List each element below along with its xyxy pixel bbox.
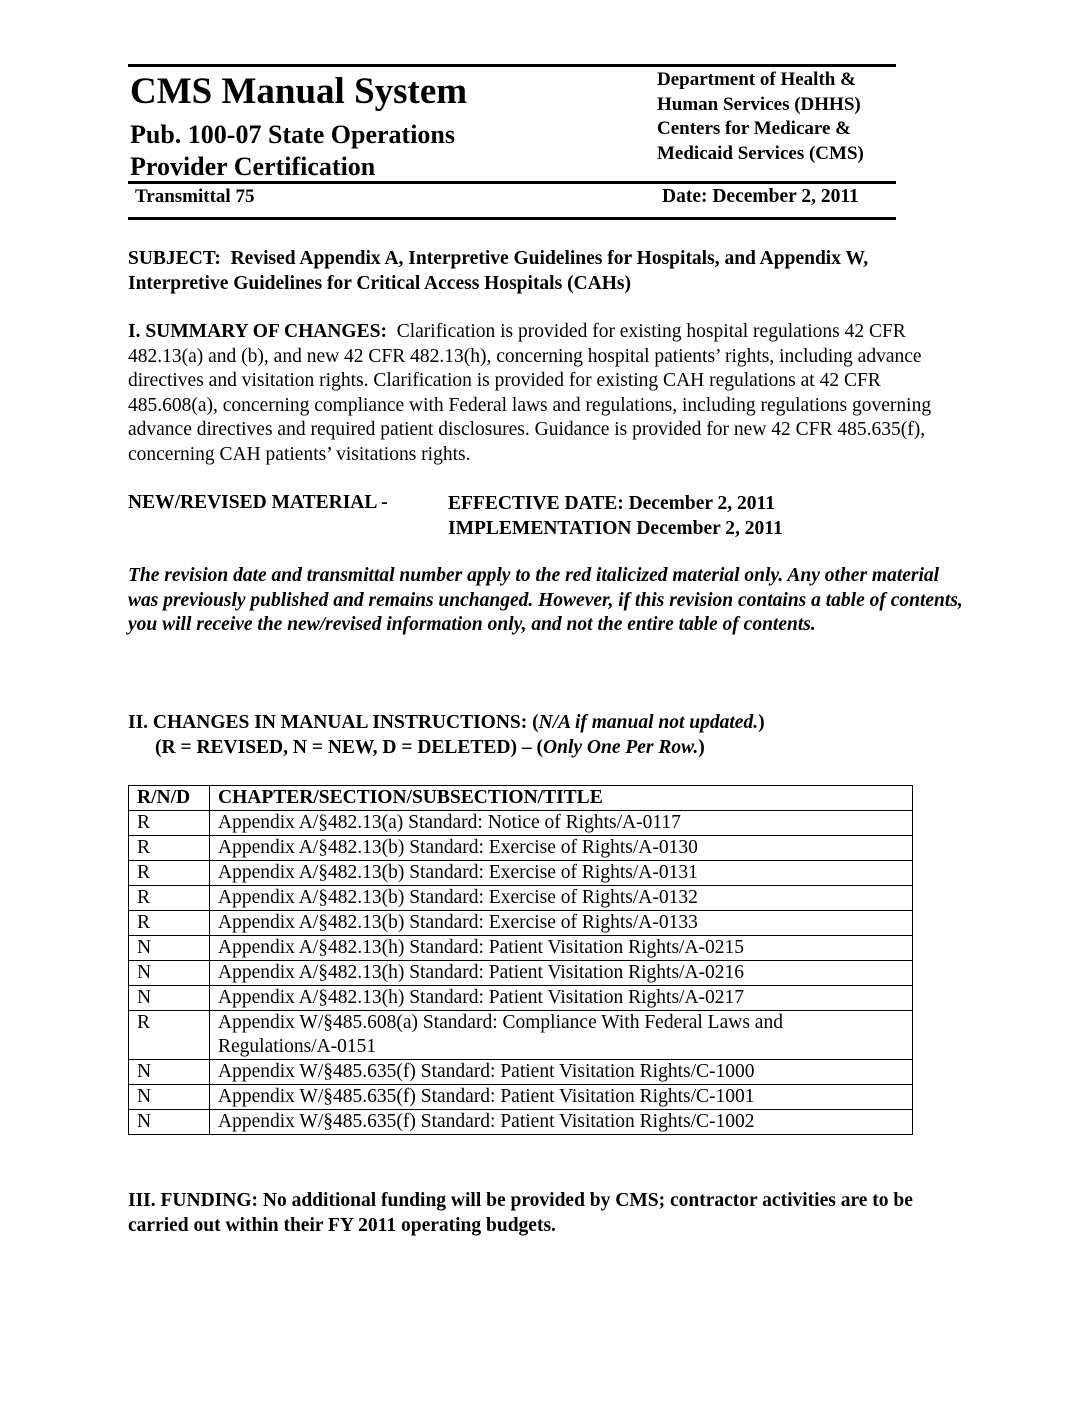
table-row: NAppendix A/§482.13(h) Standard: Patient… — [129, 986, 913, 1011]
section-title-cell: Appendix A/§482.13(h) Standard: Patient … — [210, 936, 913, 961]
section-title-cell: Appendix W/§485.635(f) Standard: Patient… — [210, 1110, 913, 1135]
publication-line-1: Pub. 100-07 State Operations — [130, 119, 630, 151]
revision-notice: The revision date and transmittal number… — [128, 564, 963, 638]
new-revised-dates: EFFECTIVE DATE: December 2, 2011 IMPLEME… — [448, 492, 783, 541]
change-type-cell: N — [129, 1110, 210, 1135]
table-row: RAppendix A/§482.13(b) Standard: Exercis… — [129, 861, 913, 886]
summary-label: I. SUMMARY OF CHANGES: — [128, 321, 387, 342]
department-block: Department of Health & Human Services (D… — [657, 68, 907, 166]
subject-label: SUBJECT: — [128, 248, 221, 269]
change-type-cell: N — [129, 1085, 210, 1110]
publication-title: Pub. 100-07 State Operations Provider Ce… — [130, 119, 630, 183]
new-revised-label: NEW/REVISED MATERIAL - — [128, 492, 388, 514]
section-title-cell: Appendix A/§482.13(h) Standard: Patient … — [210, 961, 913, 986]
table-row: NAppendix W/§485.635(f) Standard: Patien… — [129, 1110, 913, 1135]
changes-heading-note: N/A if manual not updated. — [539, 712, 758, 733]
section-title-cell: Appendix A/§482.13(b) Standard: Exercise… — [210, 861, 913, 886]
department-line: Centers for Medicare & — [657, 117, 907, 142]
summary-text: Clarification is provided for existing h… — [128, 321, 931, 465]
changes-table-body: RAppendix A/§482.13(a) Standard: Notice … — [129, 811, 913, 1135]
section-title-cell: Appendix A/§482.13(b) Standard: Exercise… — [210, 886, 913, 911]
change-type-cell: R — [129, 1011, 210, 1060]
change-type-cell: R — [129, 811, 210, 836]
table-row: NAppendix A/§482.13(h) Standard: Patient… — [129, 961, 913, 986]
changes-legend-note: Only One Per Row. — [543, 737, 698, 758]
changes-legend-close: ) — [698, 737, 705, 758]
change-type-cell: N — [129, 986, 210, 1011]
effective-date: EFFECTIVE DATE: December 2, 2011 — [448, 492, 783, 517]
section-title-cell: Appendix W/§485.635(f) Standard: Patient… — [210, 1060, 913, 1085]
subject-text: Revised Appendix A, Interpretive Guideli… — [128, 248, 868, 294]
column-header-title: CHAPTER/SECTION/SUBSECTION/TITLE — [210, 786, 913, 811]
header-top-rule — [128, 64, 896, 67]
change-type-cell: N — [129, 1060, 210, 1085]
table-row: RAppendix A/§482.13(b) Standard: Exercis… — [129, 886, 913, 911]
table-row: NAppendix W/§485.635(f) Standard: Patien… — [129, 1060, 913, 1085]
table-row: NAppendix A/§482.13(h) Standard: Patient… — [129, 936, 913, 961]
change-type-cell: N — [129, 961, 210, 986]
transmittal-number: Transmittal 75 — [135, 186, 254, 208]
section-title-cell: Appendix A/§482.13(h) Standard: Patient … — [210, 986, 913, 1011]
change-type-cell: R — [129, 911, 210, 936]
changes-heading-close: ) — [758, 712, 765, 733]
summary-section: I. SUMMARY OF CHANGES: Clarification is … — [128, 320, 963, 467]
department-line: Department of Health & — [657, 68, 907, 93]
change-type-cell: N — [129, 936, 210, 961]
changes-legend-text: (R = REVISED, N = NEW, D = DELETED) – ( — [155, 737, 543, 758]
publication-line-2: Provider Certification — [130, 151, 630, 183]
table-row: NAppendix W/§485.635(f) Standard: Patien… — [129, 1085, 913, 1110]
header-bottom-rule — [128, 217, 896, 220]
column-header-rnd: R/N/D — [129, 786, 210, 811]
changes-heading: II. CHANGES IN MANUAL INSTRUCTIONS: (N/A… — [128, 711, 968, 736]
table-row: RAppendix W/§485.608(a) Standard: Compli… — [129, 1011, 913, 1060]
changes-heading-text: II. CHANGES IN MANUAL INSTRUCTIONS: ( — [128, 712, 539, 733]
section-title-cell: Appendix A/§482.13(b) Standard: Exercise… — [210, 911, 913, 936]
change-type-cell: R — [129, 861, 210, 886]
section-title-cell: Appendix W/§485.608(a) Standard: Complia… — [210, 1011, 913, 1060]
implementation-date: IMPLEMENTATION December 2, 2011 — [448, 517, 783, 542]
change-type-cell: R — [129, 836, 210, 861]
manual-title: CMS Manual System — [130, 72, 467, 112]
changes-table: R/N/D CHAPTER/SECTION/SUBSECTION/TITLE R… — [128, 785, 913, 1135]
subject-section: SUBJECT: Revised Appendix A, Interpretiv… — [128, 247, 968, 296]
transmittal-date: Date: December 2, 2011 — [662, 186, 859, 208]
table-row: RAppendix A/§482.13(a) Standard: Notice … — [129, 811, 913, 836]
table-header-row: R/N/D CHAPTER/SECTION/SUBSECTION/TITLE — [129, 786, 913, 811]
department-line: Human Services (DHHS) — [657, 93, 907, 118]
section-title-cell: Appendix A/§482.13(a) Standard: Notice o… — [210, 811, 913, 836]
department-line: Medicaid Services (CMS) — [657, 142, 907, 167]
changes-legend: (R = REVISED, N = NEW, D = DELETED) – (O… — [155, 736, 995, 761]
table-row: RAppendix A/§482.13(b) Standard: Exercis… — [129, 836, 913, 861]
section-title-cell: Appendix W/§485.635(f) Standard: Patient… — [210, 1085, 913, 1110]
funding-section: III. FUNDING: No additional funding will… — [128, 1189, 963, 1238]
table-row: RAppendix A/§482.13(b) Standard: Exercis… — [129, 911, 913, 936]
change-type-cell: R — [129, 886, 210, 911]
section-title-cell: Appendix A/§482.13(b) Standard: Exercise… — [210, 836, 913, 861]
